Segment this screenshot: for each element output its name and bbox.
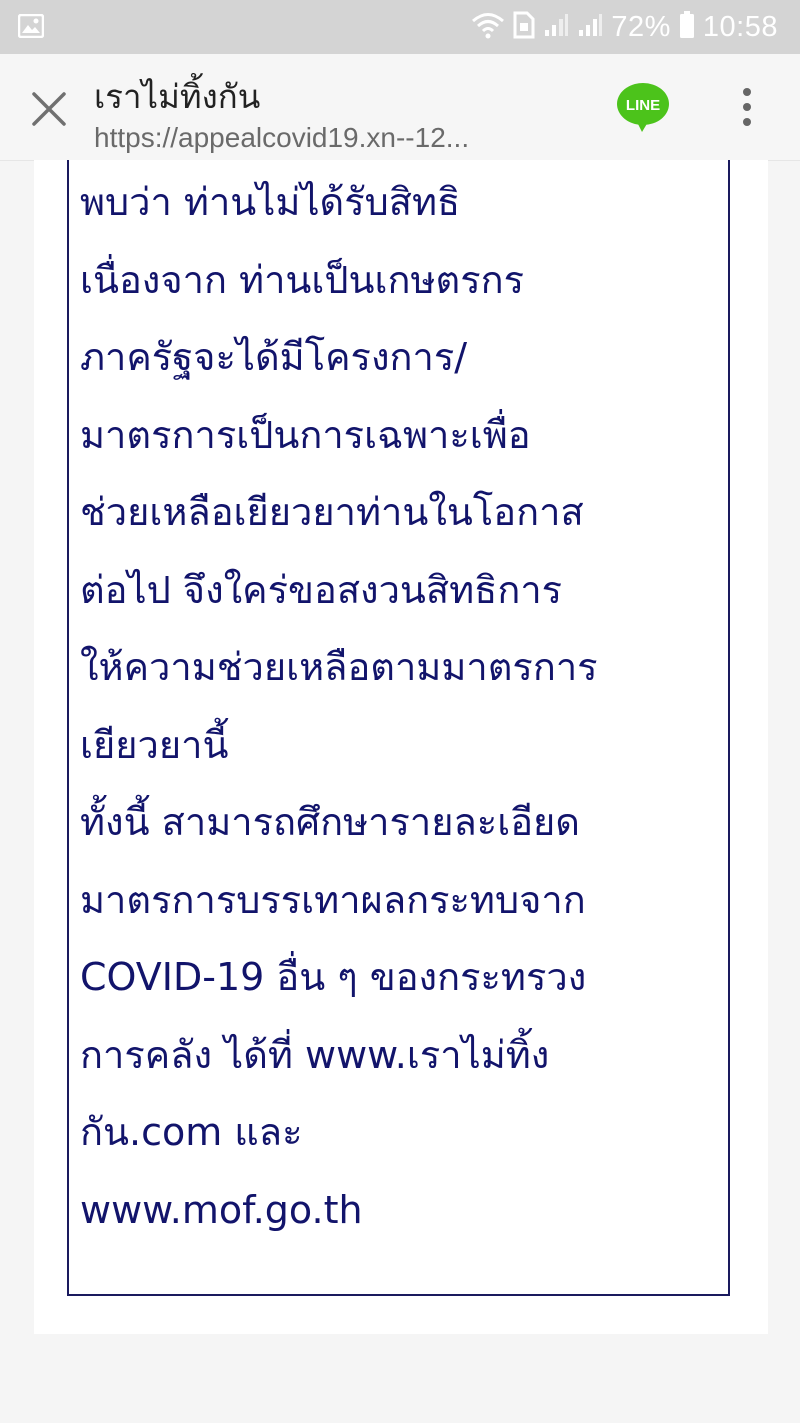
browser-toolbar: เราไม่ทิ้งกัน https://appealcovid19.xn--… — [0, 54, 800, 161]
result-message: พบว่า ท่านไม่ได้รับสิทธิ เนื่องจาก ท่านเ… — [80, 164, 720, 1249]
wifi-icon — [471, 11, 505, 44]
battery-percent: 72% — [611, 11, 671, 44]
line-icon: LINE — [616, 82, 672, 134]
line-share-button[interactable]: LINE — [616, 82, 672, 134]
message-line: เยียวยานี้ — [80, 707, 720, 785]
page-title: เราไม่ทิ้งกัน — [94, 70, 260, 123]
more-menu-button[interactable] — [732, 84, 762, 134]
sim-icon — [513, 11, 535, 44]
status-bar: 72% 10:58 — [0, 0, 800, 54]
message-line-link[interactable]: การคลัง ได้ที่ www.เราไม่ทิ้ง — [80, 1017, 720, 1095]
close-button[interactable] — [26, 86, 72, 132]
image-icon — [18, 14, 44, 38]
mof-link[interactable]: www.mof.go.th — [80, 1172, 720, 1250]
message-line: ช่วยเหลือเยียวยาท่านในโอกาส — [80, 474, 720, 552]
battery-icon — [679, 11, 695, 44]
message-line: ทั้งนี้ สามารถศึกษารายละเอียด — [80, 784, 720, 862]
signal-icon — [577, 12, 603, 43]
signal-icon — [543, 12, 569, 43]
status-icons: 72% 10:58 — [471, 0, 778, 54]
message-line: มาตรการเป็นการเฉพาะเพื่อ — [80, 397, 720, 475]
message-line: พบว่า ท่านไม่ได้รับสิทธิ — [80, 164, 720, 242]
message-line: COVID-19 อื่น ๆ ของกระทรวง — [80, 939, 720, 1017]
message-line-link[interactable]: กัน.com และ — [80, 1094, 720, 1172]
message-line: มาตรการบรรเทาผลกระทบจาก — [80, 862, 720, 940]
message-line: ให้ความช่วยเหลือตามมาตรการ — [80, 629, 720, 707]
message-line: ต่อไป จึงใคร่ขอสงวนสิทธิการ — [80, 552, 720, 630]
line-label: LINE — [626, 97, 660, 114]
close-icon — [26, 86, 72, 132]
message-line: เนื่องจาก ท่านเป็นเกษตรกร — [80, 242, 720, 320]
clock: 10:58 — [703, 11, 778, 44]
page-url[interactable]: https://appealcovid19.xn--12... — [94, 122, 469, 154]
content-card: พบว่า ท่านไม่ได้รับสิทธิ เนื่องจาก ท่านเ… — [34, 160, 768, 1334]
more-vertical-icon — [732, 84, 762, 134]
message-line: ภาครัฐจะได้มีโครงการ/ — [80, 319, 720, 397]
